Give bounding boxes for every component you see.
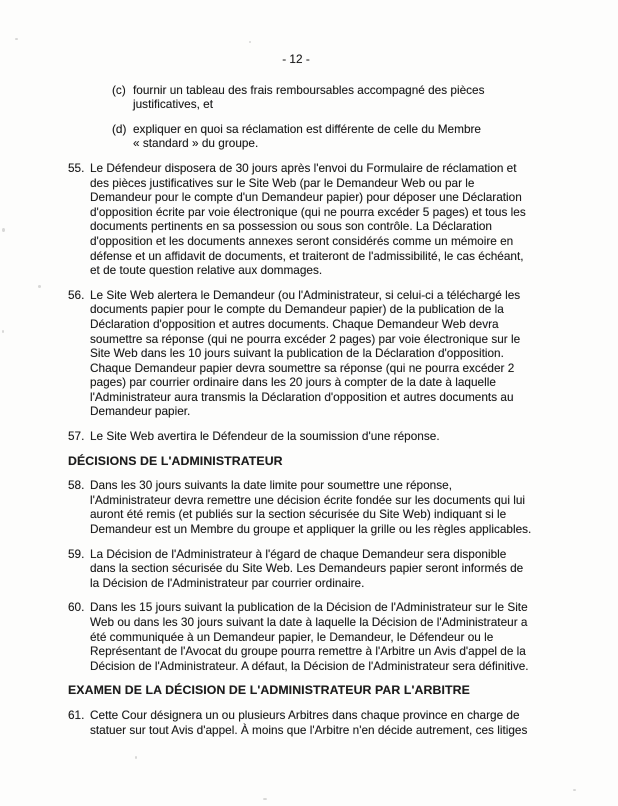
paragraph-57-text: Le Site Web avertira le Défendeur de la … [90, 429, 592, 444]
paragraph-56-number: 56. [68, 288, 84, 303]
list-item-c-marker: (c) [112, 83, 126, 98]
page-number: - 12 - [68, 52, 524, 67]
paragraph-55-text: Le Défendeur disposera de 30 jours après… [90, 161, 592, 278]
paragraph-61-text: Cette Cour désignera un ou plusieurs Arb… [90, 708, 592, 737]
paragraph-60-number: 60. [68, 600, 84, 615]
paragraph-58-text: Dans les 30 jours suivants la date limit… [90, 478, 592, 536]
scan-speck [135, 756, 137, 759]
paragraph-59: 59. La Décision de l'Administrateur à l'… [68, 547, 592, 591]
scan-speck [2, 228, 5, 232]
paragraph-56: 56. Le Site Web alertera le Demandeur (o… [68, 288, 592, 419]
page-content: - 12 - (c) fournir un tableau des frais … [0, 0, 618, 737]
scan-speck [2, 330, 4, 333]
paragraph-60-text: Dans les 15 jours suivant la publication… [90, 600, 592, 673]
list-item-d: (d) expliquer en quoi sa réclamation est… [112, 122, 592, 151]
list-item-c-text: fournir un tableau des frais remboursabl… [133, 83, 485, 112]
paragraph-55-number: 55. [68, 161, 84, 176]
paragraph-58: 58. Dans les 30 jours suivants la date l… [68, 478, 592, 536]
paragraph-58-number: 58. [68, 478, 84, 493]
scan-speck [263, 798, 267, 800]
paragraph-59-text: La Décision de l'Administrateur à l'égar… [90, 547, 592, 591]
scan-speck [38, 285, 41, 288]
paragraph-61-number: 61. [68, 708, 84, 723]
list-item-d-marker: (d) [112, 122, 126, 137]
paragraph-59-number: 59. [68, 547, 84, 562]
list-item-d-text: expliquer en quoi sa réclamation est dif… [133, 122, 481, 151]
document-page: - 12 - (c) fournir un tableau des frais … [0, 0, 618, 806]
scan-speck [15, 38, 18, 40]
paragraph-61: 61. Cette Cour désignera un ou plusieurs… [68, 708, 592, 737]
section-heading-decisions-administrateur: DÉCISIONS DE L'ADMINISTRATEUR [68, 454, 592, 469]
paragraph-57-number: 57. [68, 429, 84, 444]
scan-speck [249, 41, 251, 43]
paragraph-60: 60. Dans les 15 jours suivant la publica… [68, 600, 592, 673]
section-heading-examen-arbitre: EXAMEN DE LA DÉCISION DE L'ADMINISTRATEU… [68, 683, 592, 698]
paragraph-57: 57. Le Site Web avertira le Défendeur de… [68, 429, 592, 444]
paragraph-55: 55. Le Défendeur disposera de 30 jours a… [68, 161, 592, 278]
list-item-c: (c) fournir un tableau des frais rembour… [112, 83, 592, 112]
paragraph-56-text: Le Site Web alertera le Demandeur (ou l'… [90, 288, 592, 419]
scan-speck [573, 789, 576, 791]
